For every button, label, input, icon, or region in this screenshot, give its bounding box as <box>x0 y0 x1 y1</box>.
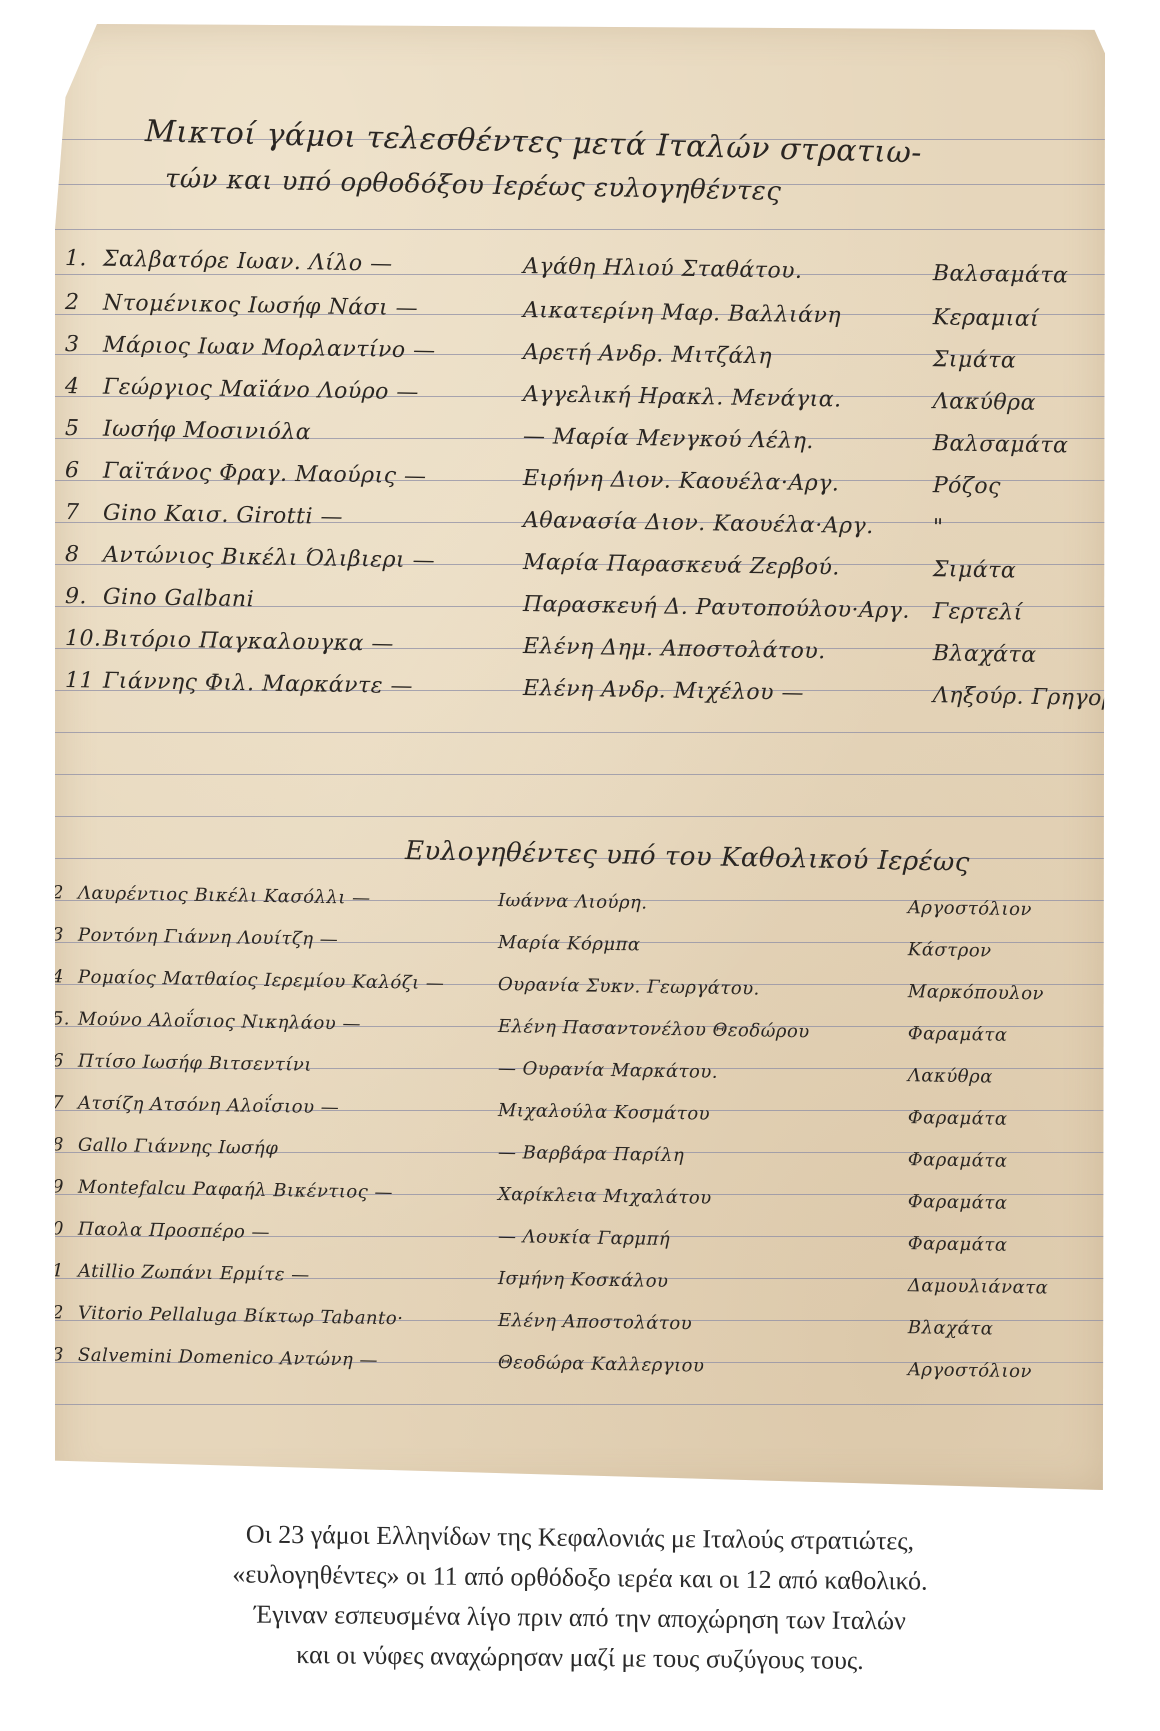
marriage-entry-6: 6Γαϊτάνος Φραγ. Μαούρις —Ειρήνη Διον. Κα… <box>65 458 1001 499</box>
marriage-entry-23: 23Salvemini Domenico Αντώνη —Θεοδώρα Καλ… <box>40 1344 1032 1382</box>
marriage-entry-10: 10.Βιτόριο Παγκαλουγκα —Ελένη Δημ. Αποστ… <box>65 626 1037 668</box>
photo-caption: Οι 23 γάμοι Ελληνίδων της Κεφαλονιάς με … <box>0 1518 1160 1678</box>
ruled-line <box>55 732 1105 733</box>
ruled-line <box>55 816 1105 817</box>
marriage-entry-17: 17Ατσίζη Ατσόνη Αλοΐσιου —Μιχαλούλα Κοσμ… <box>40 1092 1008 1130</box>
document-title-line-1: Μικτοί γάμοι τελεσθέντες μετά Ιταλών στρ… <box>145 114 923 171</box>
marriage-entry-16: 16Πτίσο Ιωσήφ Βιτσεντίνι— Ουρανία Μαρκάτ… <box>40 1050 993 1088</box>
ruled-line <box>55 1404 1105 1405</box>
document-title-line-2: τών και υπό ορθοδόξου Ιερέως ευλογηθέντε… <box>165 164 782 207</box>
marriage-entry-4: 4Γεώργιος Μαϊάνο Λούρο —Αγγελική Ηρακλ. … <box>65 374 1036 416</box>
ruled-line <box>55 229 1105 230</box>
marriage-entry-22: 22Vitorio Pellaluga Βίκτωρ Tabanto·Ελένη… <box>40 1302 994 1340</box>
marriage-entry-14: 14Ρομαίος Ματθαίος Ιερεμίου Καλόζι —Ουρα… <box>40 966 1044 1005</box>
marriage-entry-1: 1.Σαλβατόρε Ιωαν. Λίλο —Αγάθη Ηλιού Σταθ… <box>65 246 1069 289</box>
marriage-entry-12: 12Λαυρέντιος Βικέλι Κασόλλι —Ιωάννα Λιού… <box>40 882 1032 920</box>
marriage-entry-9: 9.Gino GalbaniΠαρασκευή Δ. Ραυτοπούλου·Α… <box>65 584 1023 626</box>
marriage-entry-13: 13Ροντόνη Γιάννη Λουίτζη —Μαρία ΚόρμπαΚά… <box>40 924 992 962</box>
marriage-entry-11: 11Γιάννης Φιλ. Μαρκάντε —Ελένη Ανδρ. Μιχ… <box>65 668 1159 712</box>
marriage-entry-8: 8Αντώνιος Βικέλι Όλιβιερι —Μαρία Παρασκε… <box>65 542 1017 584</box>
marriage-entry-3: 3Μάριος Ιωαν Μορλαντίνο —Αρετή Ανδρ. Μιτ… <box>65 332 1017 374</box>
marriage-entry-7: 7Gino Καισ. Girotti —Αθανασία Διον. Καου… <box>65 500 944 540</box>
marriage-entry-19: 19Montefalcu Ραφαήλ Βικέντιος —Χαρίκλεια… <box>40 1176 1008 1214</box>
marriage-entry-18: 18Gallo Γιάννης Ιωσήφ— Βαρβάρα ΠαρίληΦαρ… <box>40 1134 1008 1172</box>
marriage-entry-15: 15.Μούνο Αλοΐσιος Νικηλάου —Ελένη Πασαντ… <box>40 1008 1008 1046</box>
marriage-entry-2: 2Ντομένικος Ιωσήφ Νάσι —Αικατερίνη Μαρ. … <box>65 290 1040 332</box>
ruled-line <box>55 774 1105 775</box>
marriage-entry-20: 20Παολα Προσπέρο —— Λουκία ΓαρμπήΦαραμάτ… <box>40 1218 1008 1256</box>
marriage-entry-5: 5Ιωσήφ Μοσινιόλα— Μαρία Μενγκού Λέλη.Βαλ… <box>65 416 1069 459</box>
catholic-section-heading: Ευλογηθέντες υπό του Καθολικού Ιερέως <box>405 836 970 878</box>
marriage-entry-21: 21Atillio Ζωπάνι Ερμίτε —Ισμήνη Κοσκάλου… <box>40 1260 1049 1299</box>
handwritten-document: Μικτοί γάμοι τελεσθέντες μετά Ιταλών στρ… <box>55 24 1105 1490</box>
